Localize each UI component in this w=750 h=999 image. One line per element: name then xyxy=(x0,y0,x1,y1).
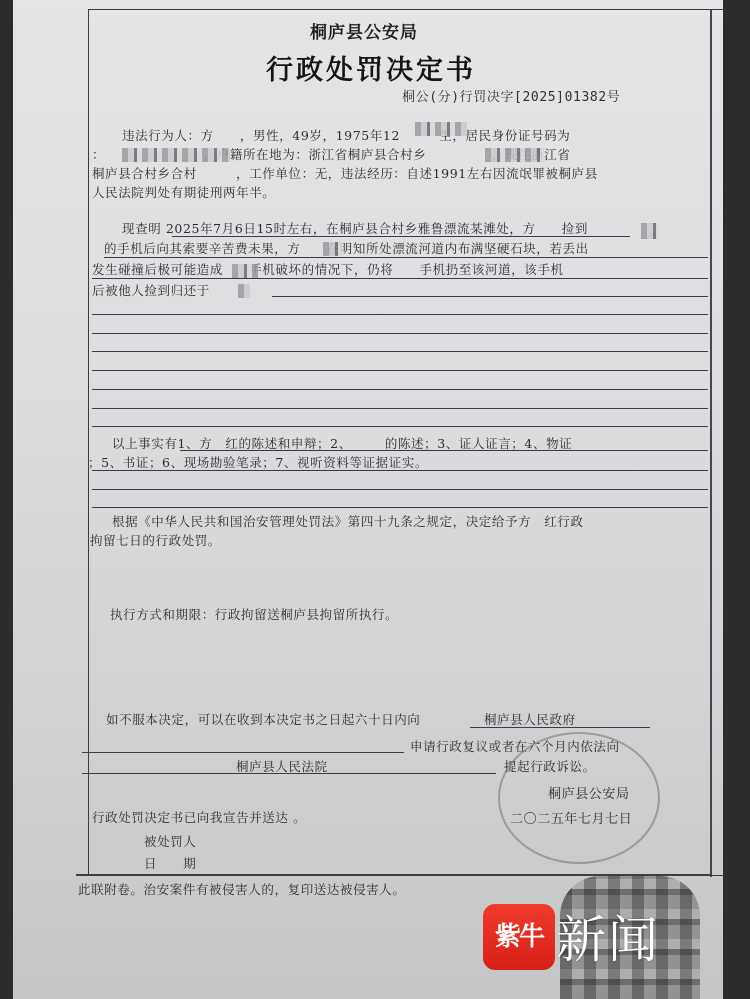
evidence-line-2: ；5、书证；6、现场勘验笔录；7、视听资料等证据证实。 xyxy=(88,453,428,471)
decision-line-2: 拘留七日的行政处罚。 xyxy=(90,531,221,549)
facts-line-1: 现查明 2025年7月6日15时左右，在桐庐县合村乡雅鲁漂流某滩处，方 捡到 xyxy=(122,219,588,237)
signature-date: 二〇二五年七月七日 xyxy=(510,808,632,827)
fill-line xyxy=(92,426,708,427)
receipt-date-label: 日 期 xyxy=(144,854,196,872)
redaction-block xyxy=(415,122,467,136)
fill-line xyxy=(92,351,708,352)
footer-note: 此联附卷。治安案件有被侵害人的，复印送达被侵害人。 xyxy=(78,880,406,898)
receipt-person-label: 被处罚人 xyxy=(144,832,196,850)
fill-line xyxy=(82,752,404,753)
appeal-line-1: 如不服本决定，可以在收到本决定书之日起六十日内向 xyxy=(106,710,420,728)
decision-line-1: 根据《中华人民共和国治安管理处罚法》第四十九条之规定，决定给予方 红行政 xyxy=(112,512,584,530)
redaction-block xyxy=(323,242,343,256)
fill-line xyxy=(92,408,708,409)
issuing-agency: 桐庐县公安局 xyxy=(310,18,418,43)
appeal-review-body: 桐庐县人民政府 xyxy=(484,710,576,728)
fill-line xyxy=(92,333,708,334)
fill-line xyxy=(92,389,708,390)
frame-border-right xyxy=(710,9,712,877)
facts-line-3: 发生碰撞后极可能造成 手机破坏的情况下，仍将 手机扔至该河道，该手机 xyxy=(92,260,564,278)
violator-line-4: 人民法院判处有期徒刑两年半。 xyxy=(92,183,275,201)
fill-line xyxy=(92,507,708,508)
document-number: 桐公(分)行罚决字[2025]01382号 xyxy=(402,86,620,105)
execution-method: 执行方式和期限：行政拘留送桐庐县拘留所执行。 xyxy=(110,605,398,623)
fill-line xyxy=(272,296,708,297)
facts-line-2: 的手机后向其索要辛苦费未果，方 在明知所处漂流河道内布满坚硬石块，若丢出 xyxy=(104,239,589,257)
fill-line xyxy=(92,278,708,279)
violator-line-1: 违法行为人：方 ，男性，49岁，1975年12 生，居民身份证号码为 xyxy=(122,126,570,144)
receipt-statement: 行政处罚决定书已向我宣告并送达 。 xyxy=(92,808,306,826)
brand-text: 新闻 xyxy=(556,900,660,972)
fill-line xyxy=(82,773,496,774)
fill-line xyxy=(470,727,650,728)
facts-line-4: 后被他人捡到归还于 xyxy=(92,281,210,299)
redaction-block xyxy=(232,264,258,278)
fill-line xyxy=(104,257,708,258)
document-title: 行政处罚决定书 xyxy=(266,48,476,87)
ziniu-logo-icon: 紫牛 xyxy=(483,904,555,970)
fill-line xyxy=(92,470,708,471)
redaction-block xyxy=(122,148,230,162)
fill-line xyxy=(172,236,630,237)
fill-line xyxy=(92,314,708,315)
fill-line xyxy=(92,370,708,371)
fill-line xyxy=(180,450,708,451)
redaction-block xyxy=(641,223,659,239)
fill-line xyxy=(92,489,708,490)
redaction-block xyxy=(238,284,250,298)
signature-agency: 桐庐县公安局 xyxy=(548,783,630,802)
redaction-block xyxy=(485,148,545,162)
violator-line-3: 桐庐县合村乡合村 ，工作单位：无，违法经历：自述1991左右因流氓罪被桐庐县 xyxy=(92,164,598,182)
